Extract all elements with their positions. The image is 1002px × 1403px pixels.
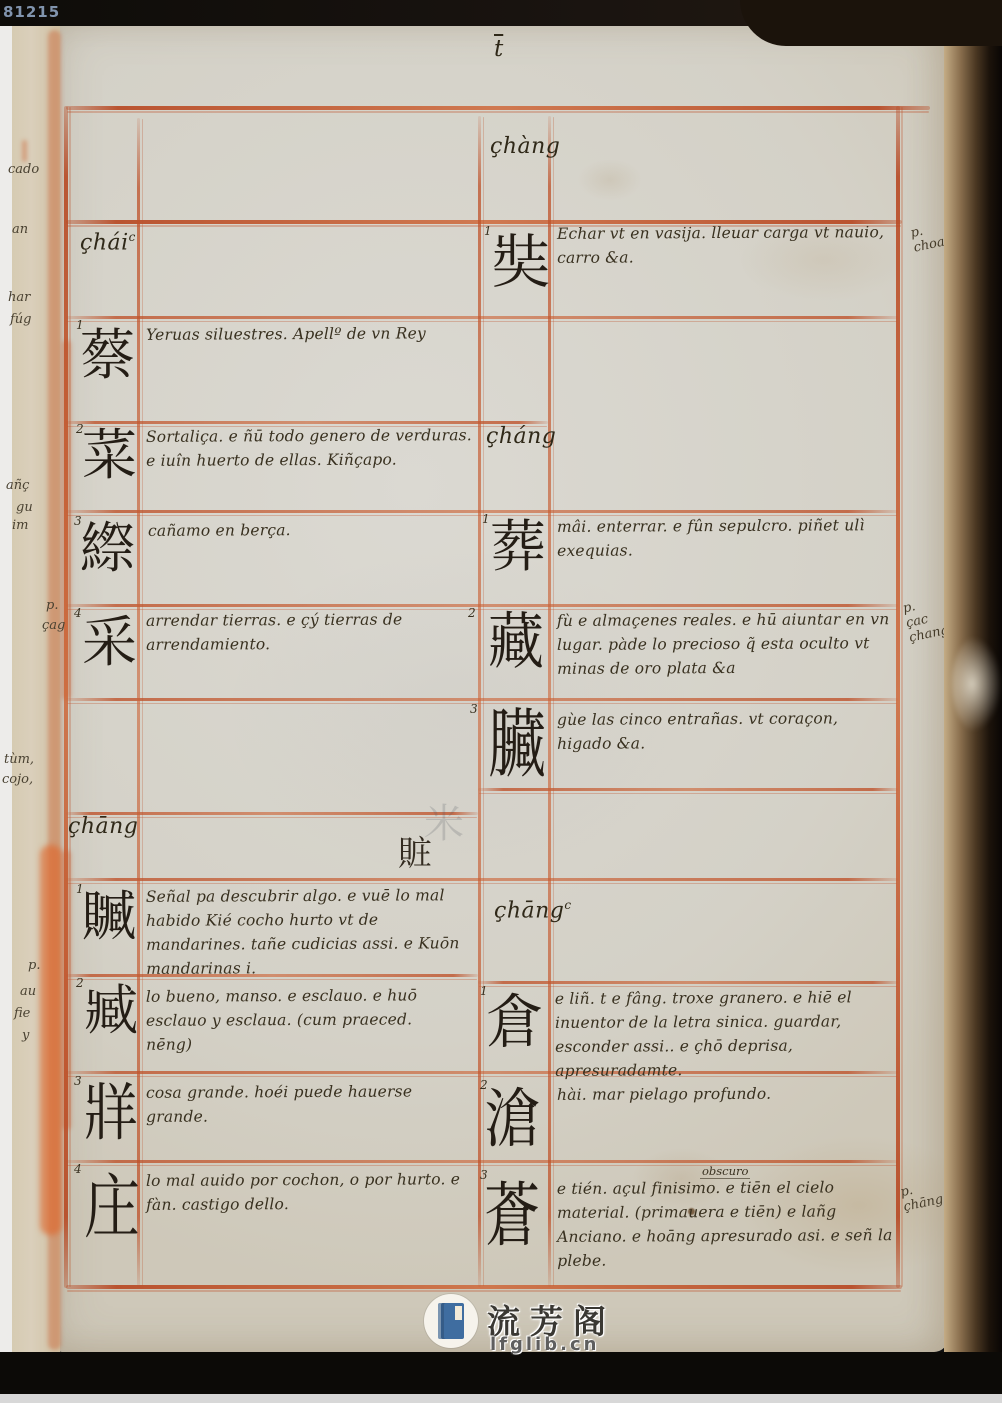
entry-character: 葬: [490, 520, 546, 576]
scan-id-stamp: 81215: [3, 3, 60, 21]
grid-line: [478, 788, 898, 791]
entry-character: 采: [82, 615, 137, 670]
grid-line: [478, 981, 898, 984]
section-heading-chang-macron-c: çhāngc: [494, 898, 572, 923]
entry-definition: e tién. açul finisimo. e tiēn el cielo m…: [557, 1175, 897, 1273]
section-heading-chang-grave: çhàng: [490, 134, 560, 159]
entry-character: 牂: [84, 1082, 138, 1144]
entry-definition: Echar vt en vasija. lleuar carga vt naui…: [557, 220, 887, 270]
entry-number: 2: [76, 976, 84, 990]
ink-smudge: [22, 140, 27, 162]
entry-character: 菜: [82, 428, 137, 483]
watermark-url: lfglib.cn: [490, 1334, 599, 1355]
grid-line: [66, 316, 898, 319]
tone-superscript: c: [129, 230, 136, 244]
entry-definition: lo bueno, manso. e esclauo. e huō esclau…: [146, 983, 446, 1057]
entry-character: 蔡: [80, 328, 135, 383]
grid-line: [66, 698, 898, 701]
grid-line: [66, 604, 898, 607]
grid-line: [64, 106, 68, 1288]
edge-fragment: fúg: [10, 312, 32, 327]
binding-glare: [952, 636, 1002, 732]
entry-character: 藏: [488, 612, 544, 674]
romanization: çhàng: [490, 134, 560, 159]
romanization: çháng: [486, 424, 556, 449]
romanization: çhái: [80, 230, 129, 255]
tone-superscript: c: [564, 898, 571, 912]
entry-definition: mâi. enterrar. e fûn sepulcro. piñet ulì…: [557, 513, 891, 563]
entry-number: 4: [74, 1162, 82, 1176]
edge-fragment: cojo,: [2, 772, 33, 787]
entry-number: 1: [484, 224, 492, 238]
edge-fragment: çag: [42, 618, 65, 633]
scan-bottom-band: [0, 1352, 1002, 1395]
entry-definition: Yeruas siluestres. Apellº de vn Rey: [146, 321, 476, 347]
grid-line: [66, 1285, 902, 1289]
grid-line: [66, 106, 930, 110]
entry-character: 蒼: [484, 1182, 540, 1252]
edge-fragment: an: [12, 222, 28, 237]
entry-definition: Sortaliça. e ñū todo genero de verduras.…: [146, 423, 478, 473]
entry-character: 縩: [80, 521, 135, 576]
grid-line: [478, 116, 481, 1287]
entry-character: 臧: [84, 984, 138, 1038]
entry-character: 倉: [486, 994, 544, 1052]
entry-character: 奘: [492, 234, 550, 292]
entry-character: 庄: [84, 1174, 140, 1244]
entry-number: 1: [482, 512, 490, 526]
entry-definition: arrendar tierras. e çý tierras de arrend…: [146, 607, 464, 657]
edge-fragment: p.: [46, 598, 58, 613]
scanned-manuscript-page: 米 81215 t çháic 1 蔡 Yeruas siluestres. A…: [0, 0, 1002, 1403]
entry-number: 3: [470, 702, 478, 716]
scan-top-corner: [740, 0, 1002, 46]
edge-fragment: cado: [8, 162, 39, 177]
section-heading-chang-macron: çhāng: [68, 814, 138, 839]
entry-definition: gùe las cinco entrañas. vt coraçon, higa…: [557, 706, 891, 756]
entry-definition: e liñ. t e fâng. troxe granero. e hiē el…: [555, 985, 893, 1083]
entry-character: 贓: [82, 890, 136, 944]
entry-number: 3: [74, 1074, 82, 1088]
entry-definition: Señal pa descubrir algo. e vuē lo mal ha…: [146, 883, 476, 981]
section-heading-chang-acute: çháng: [486, 424, 556, 449]
section-heading-chai: çháic: [80, 230, 136, 255]
edge-fragment: au: [20, 984, 36, 999]
ink-smudge: [40, 845, 62, 1235]
section-side-character: 賍: [398, 838, 432, 872]
edge-fragment: p.: [28, 958, 40, 973]
grid-line: [66, 878, 898, 881]
entry-number: 2: [468, 606, 476, 620]
book-icon-label: [455, 1306, 462, 1320]
romanization: çhāng: [494, 898, 564, 923]
romanization: çhāng: [68, 814, 138, 839]
entry-character: 臟: [488, 708, 546, 783]
edge-fragment: tùm,: [4, 752, 34, 767]
entry-definition: hài. mar pielago profundo.: [557, 1081, 887, 1107]
entry-definition: cosa grande. hoéi puede hauerse grande.: [146, 1079, 476, 1129]
scan-edge-strip: [0, 14, 12, 1354]
grid-line: [66, 1160, 898, 1163]
scan-bottom-strip: [0, 1394, 1002, 1403]
edge-fragment: y: [22, 1028, 29, 1043]
folio-mark: t: [494, 36, 503, 62]
grid-line: [896, 106, 900, 1288]
edge-fragment: im: [12, 518, 29, 533]
edge-fragment: gu: [16, 500, 33, 515]
entry-number: 4: [74, 606, 82, 620]
entry-character: 滄: [484, 1088, 540, 1152]
edge-fragment: fie: [14, 1006, 30, 1021]
entry-definition: lo mal auido por cochon, o por hurto. e …: [146, 1167, 482, 1217]
edge-fragment: añç: [6, 478, 29, 493]
entry-definition: cañamo en berça.: [148, 517, 478, 543]
entry-definition: fù e almaçenes reales. e hū aiuntar en v…: [557, 607, 897, 681]
edge-fragment: har: [8, 290, 30, 305]
